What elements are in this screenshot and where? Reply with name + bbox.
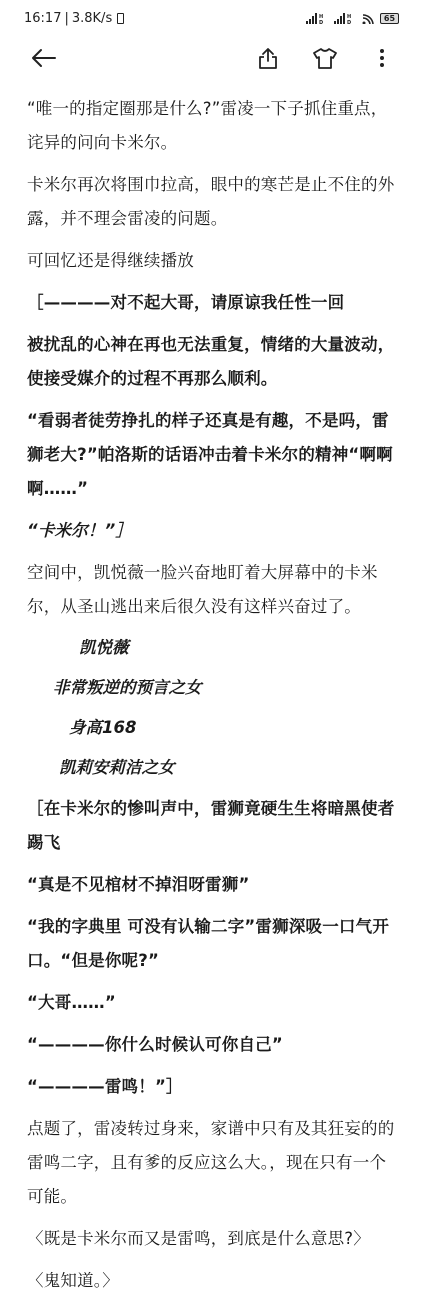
status-right: HD HD 65 (306, 13, 399, 24)
profile-title: 非常叛逆的预言之女 (27, 672, 399, 704)
paragraph-flashback: “————你什么时候认可你自己” (27, 1028, 399, 1062)
paragraph-flashback: ［————对不起大哥，请原谅我任性一回 (27, 286, 399, 320)
paragraph: 可回忆还是得继续播放 (27, 244, 399, 278)
paragraph: “唯一的指定圈那是什么?”雷凌一下子抓住重点，诧异的问向卡米尔。 (27, 92, 399, 160)
battery-icon: 65 (380, 13, 399, 24)
wifi-icon (362, 13, 374, 24)
article-content: “唯一的指定圈那是什么?”雷凌一下子抓住重点，诧异的问向卡米尔。 卡米尔再次将围… (27, 92, 399, 1280)
paragraph-flashback: “大哥……” (27, 986, 399, 1020)
paragraph-flashback: 被扰乱的心神在再也无法重复，情绪的大量波动，使接受媒介的过程不再那么顺利。 (27, 328, 399, 396)
theme-button[interactable] (307, 40, 343, 76)
toolbar (0, 38, 423, 80)
profile-height: 身高168 (27, 712, 399, 744)
signal-icon: HD (306, 13, 328, 24)
svg-text:D: D (319, 20, 323, 24)
vibrate-icon (117, 13, 124, 24)
profile-name: 凯悦薇 (27, 632, 399, 664)
share-icon (258, 47, 278, 69)
paragraph: 卡米尔再次将围巾拉高，眼中的寒芒是止不住的外露，并不理会雷凌的问题。 (27, 168, 399, 236)
paragraph: 空间中，凯悦薇一脸兴奋地盯着大屏幕中的卡米尔，从圣山逃出来后很久没有这样兴奋过了… (27, 556, 399, 624)
back-button[interactable] (25, 40, 61, 76)
paragraph-flashback: “看弱者徒劳挣扎的样子还真是有趣，不是吗，雷狮老大?”帕洛斯的话语冲击着卡米尔的… (27, 404, 399, 506)
paragraph-flashback: “卡米尔！”］ (27, 514, 399, 548)
signal-icon-2: HD (334, 13, 356, 24)
paragraph: 〈既是卡米尔而又是雷鸣，到底是什么意思?〉 (27, 1222, 399, 1256)
paragraph-flashback: “————雷鸣！”］ (27, 1070, 399, 1104)
network-speed: 3.8K/s (72, 11, 112, 26)
paragraph: 〈鬼知道。〉 (27, 1264, 399, 1280)
paragraph-flashback: “我的字典里 可没有认输二字”雷狮深吸一口气开口。“但是你呢?” (27, 910, 399, 978)
status-bar: 16:17 | 3.8K/s HD HD 65 (0, 0, 423, 36)
status-left: 16:17 | 3.8K/s (24, 11, 124, 26)
paragraph-flashback: ［在卡米尔的惨叫声中，雷狮竟硬生生将暗黑使者踢飞 (27, 792, 399, 860)
share-button[interactable] (250, 40, 286, 76)
clock: 16:17 (24, 11, 61, 26)
more-button[interactable] (364, 40, 400, 76)
more-vertical-icon (379, 48, 385, 68)
paragraph-flashback: “真是不见棺材不掉泪呀雷狮” (27, 868, 399, 902)
arrow-left-icon (30, 48, 56, 68)
tshirt-icon (313, 47, 337, 69)
profile-parent: 凯莉安莉洁之女 (27, 752, 399, 784)
svg-text:D: D (347, 20, 351, 24)
status-separator: | (64, 11, 68, 26)
paragraph: 点题了，雷凌转过身来，家谱中只有及其狂妄的的雷鸣二字，且有爹的反应这么大。，现在… (27, 1112, 399, 1214)
